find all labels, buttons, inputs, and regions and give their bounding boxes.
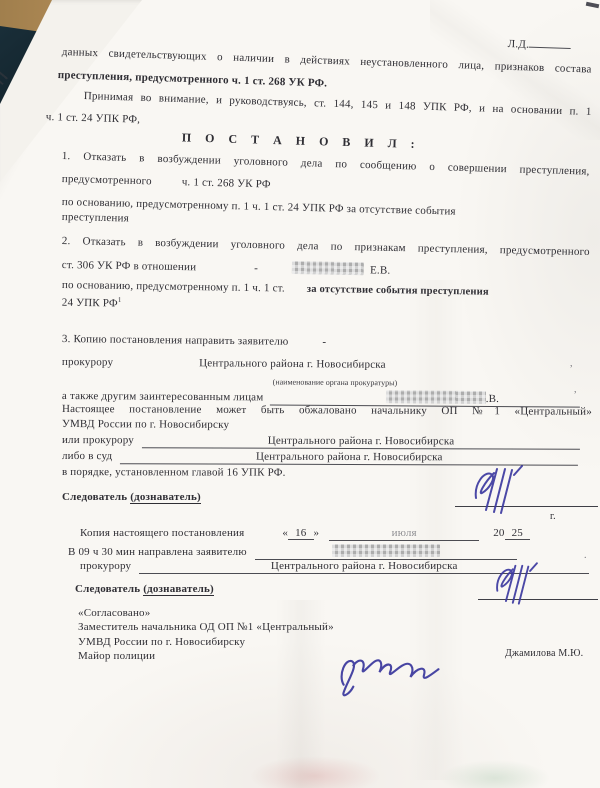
sent-row: В 09 ч 30 мин направлена заявителю <box>68 544 517 560</box>
item1-value: ч. 1 ст. 268 УК РФ <box>182 176 271 190</box>
court-value: Центрального района г. Новосибирска <box>256 451 443 464</box>
approver-name: Джамилова М.Ю. <box>505 647 583 660</box>
form-gap <box>258 271 292 272</box>
paper-smudge <box>440 760 550 788</box>
signature-approver <box>330 646 456 706</box>
paper-smudge <box>250 756 380 788</box>
item3-label: 3. Копию постановления направить заявите… <box>62 333 289 348</box>
copy-day: 16 <box>288 527 313 540</box>
appeal-line-2: УМВД России по г. Новосибирску <box>62 418 229 432</box>
investigator-row-2: Следователь (дознаватель) <box>75 583 214 596</box>
stray-mark: , <box>570 358 573 369</box>
prosecutor2-label: прокурору <box>80 560 131 572</box>
stray-mark: , <box>574 384 577 395</box>
investigator-label-2: (дознаватель) <box>130 491 201 504</box>
order-line: в порядке, установленном главой 16 УПК Р… <box>62 466 286 480</box>
year-mark: г. <box>550 510 556 523</box>
item2-name-suffix: Е.В. <box>370 264 391 276</box>
redacted-name <box>332 544 440 557</box>
prosecutor-caption: (наименование органа прокуратуры) <box>205 375 465 390</box>
investigator-label: Следователь <box>75 583 140 595</box>
folio-label: Л.Д. <box>508 38 530 51</box>
item2-basis-value: за отсутствие события преступления <box>307 284 489 298</box>
sent-blank <box>255 544 517 560</box>
form-gap <box>113 365 199 366</box>
or-prosecutor-label: или прокурору <box>62 434 134 446</box>
form-gap <box>196 270 254 271</box>
item1-line-4: преступления <box>62 211 129 226</box>
appeal-line-1: Настоящее постановление может быть обжал… <box>62 403 592 419</box>
copy-year-suffix: 25 <box>505 527 530 540</box>
prosecutor2-value: Центрального района г. Новосибирска <box>271 560 458 572</box>
investigator-label: Следователь <box>62 491 127 503</box>
folio-blank <box>529 37 571 49</box>
or-prosecutor-value: Центрального района г. Новосибирска <box>268 435 455 448</box>
approved-line-3: УМВД России по г. Новосибирску <box>78 636 245 649</box>
month-blank: июля <box>329 527 479 541</box>
interested-suffix: .В. <box>486 393 500 405</box>
footnote-mark: 1 <box>118 296 122 304</box>
stray-dash: - <box>322 336 326 348</box>
investigator-row-1: Следователь (дознаватель) <box>62 491 201 504</box>
document-photo: Л.Д. данных свидетельствующих о наличии … <box>0 0 600 788</box>
approved-line-4: Майор полиции <box>78 650 155 663</box>
approved-line-2: Заместитель начальника ОД ОП №1 «Централ… <box>78 621 334 634</box>
quote-close: » <box>314 527 320 539</box>
redacted-name <box>292 261 364 275</box>
copy-label: Копия настоящего постановления <box>80 527 244 539</box>
sent-label: В 09 ч 30 мин направлена заявителю <box>68 546 247 558</box>
folio-line: Л.Д. <box>508 36 572 53</box>
item2-line-4: 24 УПК РФ1 <box>62 293 122 311</box>
redacted-name <box>386 390 486 404</box>
interested-label: а также другим заинтересованным лицам <box>62 390 264 403</box>
stray-mark: . <box>584 550 587 561</box>
investigator-label-2: (дознаватель) <box>143 583 214 596</box>
court-label: либо в суд <box>62 450 112 462</box>
item2-basis-label: по основанию, предусмотренному п. 1 ч. 1… <box>62 279 285 295</box>
or-prosecutor-row: или прокуроруЦентрального района г. Ново… <box>62 434 580 450</box>
item1-label: предусмотренного <box>62 173 152 187</box>
item2-code: 24 УПК РФ <box>62 297 118 310</box>
approved-line-1: «Согласовано» <box>78 607 150 620</box>
copy-month: июля <box>392 527 417 539</box>
or-prosecutor-blank: Центрального района г. Новосибирска <box>142 434 580 450</box>
copy-year-prefix: 20 <box>493 527 504 539</box>
signature-investigator-1 <box>464 462 550 516</box>
item2-label: ст. 306 УК РФ в отношении <box>62 259 197 273</box>
intro-line-4: ч. 1 ст. 24 УПК РФ, <box>46 111 141 127</box>
prosecutor-value: Центрального района г. Новосибирска <box>199 357 386 371</box>
signature-investigator-2 <box>487 557 561 609</box>
prosecutor-label: прокурору <box>62 356 113 368</box>
form-gap <box>152 184 182 185</box>
copy-date-row: Копия настоящего постановления«16»июля20… <box>80 527 530 541</box>
stray-dash: - <box>254 262 258 274</box>
